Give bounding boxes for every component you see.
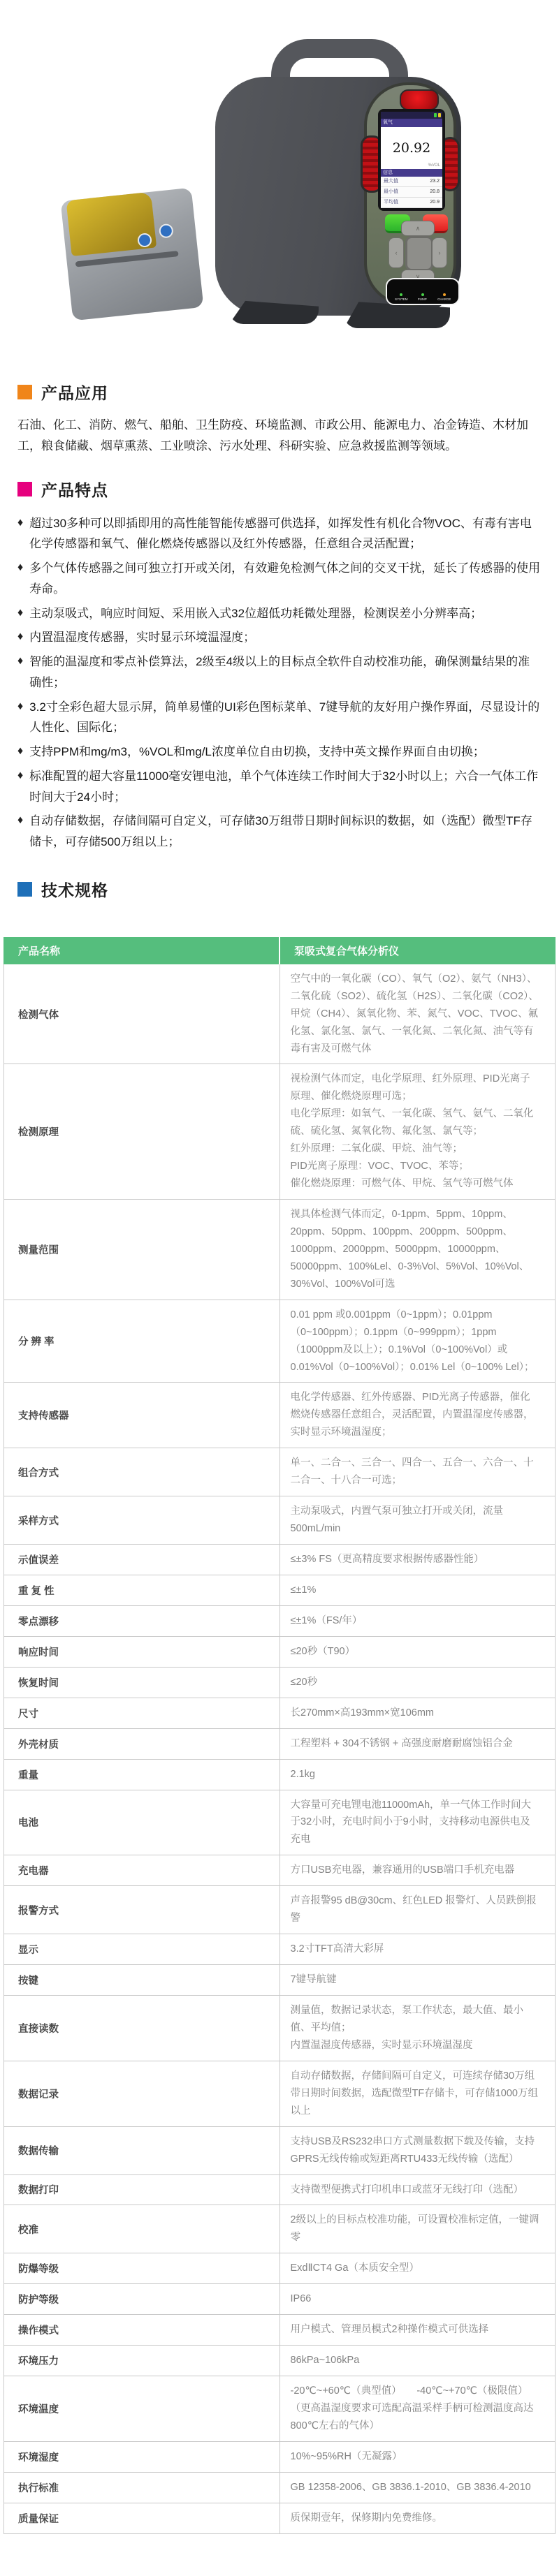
magenta-square-icon: [17, 482, 32, 496]
spec-row: 零点漂移≤±1%（FS/年）: [4, 1605, 556, 1636]
reading-area: 20.92 %VOL: [381, 127, 442, 169]
spec-value: 支持微型便携式打印机串口或蓝牙无线打印（选配）: [279, 2174, 556, 2205]
spec-row: 操作模式用户模式、管理员模式2种操作模式可供选择: [4, 2315, 556, 2346]
led-dot-icon: [443, 293, 446, 296]
spec-label: 操作模式: [4, 2315, 280, 2346]
alarm-light-icon: [400, 89, 439, 110]
stat-value: 23.2: [430, 177, 440, 186]
led-dot-icon: [421, 293, 424, 296]
spec-value: 支持USB及RS232串口方式测量数据下载及传输，支持GPRS无线传输或短距离R…: [279, 2126, 556, 2174]
features-title: 产品特点: [41, 478, 108, 501]
spec-value: 3.2寸TFT高清大彩屏: [279, 1934, 556, 1965]
indicator-label: PUMP: [418, 297, 427, 301]
spec-label: 防护等级: [4, 2284, 280, 2315]
section-applications-header: 产品应用: [17, 381, 559, 404]
indicator: SYSTEM: [394, 293, 409, 302]
spec-label: 检测气体: [4, 964, 280, 1064]
spec-value: 质保期壹年，保修期内免费维修。: [279, 2503, 556, 2533]
indicator-label: CHARGE: [437, 297, 451, 301]
blue-square-icon: [17, 882, 32, 897]
spec-row: 外壳材质工程塑料 + 304不锈钢 + 高强度耐磨耐腐蚀铝合金: [4, 1728, 556, 1759]
spec-value: -20℃~+60℃（典型值） -40℃~+70℃（极限值） （更高温湿度要求可选…: [279, 2376, 556, 2442]
spec-value: 长270mm×高193mm×宽106mm: [279, 1698, 556, 1728]
feature-text: 智能的温湿度和零点补偿算法，2级至4级以上的目标点全软件自动校准功能，确保测量结…: [29, 652, 542, 693]
applications-title: 产品应用: [41, 381, 108, 404]
spec-value: 视具体检测气体而定，0-1ppm、5ppm、10ppm、20ppm、50ppm、…: [279, 1200, 556, 1300]
spec-value: 2.1kg: [279, 1759, 556, 1790]
spec-value: 用户模式、管理员模式2种操作模式可供选择: [279, 2315, 556, 2346]
spec-label: 恢复时间: [4, 1667, 280, 1698]
spec-row: 按键7键导航键: [4, 1965, 556, 1996]
spec-label: 响应时间: [4, 1636, 280, 1667]
diamond-bullet-icon: ♦: [17, 652, 23, 693]
spec-label: 环境温度: [4, 2376, 280, 2442]
spec-label: 显示: [4, 1934, 280, 1965]
dpad-enter-key: [405, 236, 433, 271]
spec-row: 显示3.2寸TFT高清大彩屏: [4, 1934, 556, 1965]
stat-value: 20.8: [430, 187, 440, 197]
diamond-bullet-icon: ♦: [17, 627, 23, 648]
spec-value: ≤±1%: [279, 1575, 556, 1605]
spec-row: 采样方式主动泵吸式，内置气泵可独立打开或关闭，流量500mL/min: [4, 1496, 556, 1545]
spec-label: 组合方式: [4, 1448, 280, 1496]
screen-stat-row: 平均值20.9: [381, 198, 442, 208]
spec-label: 环境压力: [4, 2346, 280, 2376]
diamond-bullet-icon: ♦: [17, 766, 23, 808]
signal-icon: [434, 113, 437, 117]
screen-status-bar: [381, 112, 442, 119]
spec-row: 重 复 性≤±1%: [4, 1575, 556, 1605]
feature-item: ♦自动存储数据，存储间隔可自定义，可存储30万组带日期时间标识的数据，如（选配）…: [17, 811, 542, 853]
feature-text: 支持PPM和mg/m3，%VOL和mg/L浓度单位自由切换，支持中英文操作界面自…: [29, 742, 485, 763]
spec-table: 产品名称 泵吸式复合气体分析仪 检测气体空气中的一氧化碳（CO）、氧气（O2）、…: [3, 937, 556, 2534]
spec-row: 执行标准GB 12358-2006、GB 3836.1-2010、GB 3836…: [4, 2472, 556, 2503]
spec-header-row: 产品名称 泵吸式复合气体分析仪: [4, 937, 556, 964]
spec-row: 示值误差≤±3% FS（更高精度要求根据传感器性能）: [4, 1545, 556, 1575]
spec-label: 直接读数: [4, 1996, 280, 2061]
spec-label: 支持传感器: [4, 1383, 280, 1448]
spec-label: 重量: [4, 1759, 280, 1790]
spec-label: 按键: [4, 1965, 280, 1996]
stat-label: 最小值: [384, 187, 398, 197]
feature-item: ♦支持PPM和mg/m3，%VOL和mg/L浓度单位自由切换，支持中英文操作界面…: [17, 742, 542, 763]
spec-value: 单一、二合一、三合一、四合一、五合一、六合一、十二合一、十八合一可选；: [279, 1448, 556, 1496]
spec-row: 直接读数测量值，数据记录状态，泵工作状态，最大值、最小值、平均值； 内置温湿度传…: [4, 1996, 556, 2061]
feature-item: ♦智能的温湿度和零点补偿算法，2级至4级以上的目标点全软件自动校准功能，确保测量…: [17, 652, 542, 693]
spec-header-label: 产品名称: [4, 937, 280, 964]
feature-text: 主动泵吸式，响应时间短、采用嵌入式32位超低功耗微处理器，检测误差小分辨率高；: [29, 603, 482, 624]
spec-value: 自动存储数据，存储间隔可自定义，可连续存储30万组带日期时间数据，选配微型TF存…: [279, 2061, 556, 2126]
spec-row: 环境压力86kPa~106kPa: [4, 2346, 556, 2376]
spec-value: 10%~95%RH（无凝露）: [279, 2441, 556, 2472]
spec-row: 质量保证质保期壹年，保修期内免费维修。: [4, 2503, 556, 2533]
spec-row: 环境湿度10%~95%RH（无凝露）: [4, 2441, 556, 2472]
spec-label: 环境湿度: [4, 2441, 280, 2472]
diamond-bullet-icon: ♦: [17, 513, 23, 555]
feature-item: ♦内置温湿度传感器，实时显示环境温湿度；: [17, 627, 542, 648]
spec-value: 方口USB充电器，兼容通用的USB端口手机充电器: [279, 1855, 556, 1886]
feature-text: 内置温湿度传感器，实时显示环境温湿度；: [29, 627, 255, 648]
orange-square-icon: [17, 385, 32, 399]
gas-name-bar: 氧气: [381, 119, 442, 127]
spec-value: 0.01 ppm 或0.001ppm（0~1ppm）；0.01ppm（0~100…: [279, 1300, 556, 1383]
spec-row: 尺寸长270mm×高193mm×宽106mm: [4, 1698, 556, 1728]
diamond-bullet-icon: ♦: [17, 811, 23, 853]
feature-text: 3.2寸全彩色超大显示屏，简单易懂的UI彩色图标菜单、7键导航的友好用户操作界面…: [29, 697, 542, 739]
spec-label: 执行标准: [4, 2472, 280, 2503]
spec-row: 重量2.1kg: [4, 1759, 556, 1790]
diamond-bullet-icon: ♦: [17, 603, 23, 624]
battery-icon: [438, 113, 441, 117]
spec-label: 尺寸: [4, 1698, 280, 1728]
spec-row: 校准2级以上的目标点校准功能，可设置校准标定值，一键调零: [4, 2205, 556, 2253]
spec-label: 检测原理: [4, 1064, 280, 1200]
dpad-up-key: ∧: [401, 221, 435, 236]
spec-label: 示值误差: [4, 1545, 280, 1575]
indicator: CHARGE: [437, 293, 451, 302]
spec-label: 报警方式: [4, 1886, 280, 1934]
spec-row: 数据打印支持微型便携式打印机串口或蓝牙无线打印（选配）: [4, 2174, 556, 2205]
stat-label: 最大值: [384, 177, 398, 186]
spec-label: 质量保证: [4, 2503, 280, 2533]
spec-value: IP66: [279, 2284, 556, 2315]
spec-row: 电池大容量可充电锂电池11000mAh，单一气体工作时间大于32小时，充电时间小…: [4, 1790, 556, 1855]
spec-value: GB 12358-2006、GB 3836.1-2010、GB 3836.4-2…: [279, 2472, 556, 2503]
spec-row: 支持传感器电化学传感器、红外传感器、PID光离子传感器，催化燃烧传感器任意组合，…: [4, 1383, 556, 1448]
spec-value: 7键导航键: [279, 1965, 556, 1996]
section-features-header: 产品特点: [17, 478, 559, 501]
stat-value: 20.9: [430, 198, 440, 207]
device-screen: 氧气 20.92 %VOL 信息 最大值23.2最小值20.8平均值20.9: [378, 109, 445, 211]
led-dot-icon: [400, 293, 402, 296]
diamond-bullet-icon: ♦: [17, 742, 23, 763]
feature-list: ♦超过30多种可以即插即用的高性能智能传感器可供选择，如挥发性有机化合物VOC、…: [17, 513, 542, 853]
spec-label: 数据打印: [4, 2174, 280, 2205]
spec-label: 校准: [4, 2205, 280, 2253]
spec-label: 充电器: [4, 1855, 280, 1886]
spec-value: 2级以上的目标点校准功能，可设置校准标定值，一键调零: [279, 2205, 556, 2253]
spec-value: ≤±3% FS（更高精度要求根据传感器性能）: [279, 1545, 556, 1575]
info-bar: 信息: [381, 169, 442, 177]
indicator-panel: SYSTEMPUMPCHARGE: [386, 278, 460, 305]
spec-label: 电池: [4, 1790, 280, 1855]
feature-text: 多个气体传感器之间可独立打开或关闭，有效避免检测气体之间的交叉干扰，延长了传感器…: [29, 558, 542, 600]
spec-label: 防爆等级: [4, 2253, 280, 2284]
spec-row: 恢复时间≤20秒: [4, 1667, 556, 1698]
screen-stats: 最大值23.2最小值20.8平均值20.9: [381, 177, 442, 208]
spec-label: 重 复 性: [4, 1575, 280, 1605]
reading-unit: %VOL: [428, 163, 440, 168]
section-specs-header: 技术规格: [17, 878, 559, 901]
feature-item: ♦3.2寸全彩色超大显示屏，简单易懂的UI彩色图标菜单、7键导航的友好用户操作界…: [17, 697, 542, 739]
gas-reading: 20.92: [393, 140, 430, 156]
feature-item: ♦主动泵吸式，响应时间短、采用嵌入式32位超低功耗微处理器，检测误差小分辨率高；: [17, 603, 542, 624]
spec-value: 测量值，数据记录状态，泵工作状态，最大值、最小值、平均值； 内置温湿度传感器，实…: [279, 1996, 556, 2061]
screen-stat-row: 最大值23.2: [381, 177, 442, 187]
spec-label: 外壳材质: [4, 1728, 280, 1759]
spec-label: 数据传输: [4, 2126, 280, 2174]
spec-row: 数据传输支持USB及RS232串口方式测量数据下载及传输，支持GPRS无线传输或…: [4, 2126, 556, 2174]
dpad-left-key: ‹: [389, 237, 404, 268]
spec-row: 防爆等级ExdⅡCT4 Ga（本质安全型）: [4, 2253, 556, 2284]
product-photo: 氧气 20.92 %VOL 信息 最大值23.2最小值20.8平均值20.9 ∧…: [0, 0, 559, 360]
feature-text: 自动存储数据，存储间隔可自定义，可存储30万组带日期时间标识的数据，如（选配）微…: [29, 811, 542, 853]
feature-item: ♦标准配置的超大容量11000毫安锂电池，单个气体连续工作时间大于32小时以上；…: [17, 766, 542, 808]
spec-value: ≤20秒: [279, 1667, 556, 1698]
applications-body: 石油、化工、消防、燃气、船舶、卫生防疫、环境监测、市政公用、能源电力、冶金铸造、…: [17, 415, 542, 457]
stat-label: 平均值: [384, 198, 398, 207]
product-page: 氧气 20.92 %VOL 信息 最大值23.2最小值20.8平均值20.9 ∧…: [0, 0, 559, 2534]
diamond-bullet-icon: ♦: [17, 697, 23, 739]
screen-stat-row: 最小值20.8: [381, 187, 442, 198]
spec-label: 数据记录: [4, 2061, 280, 2126]
spec-row: 报警方式声音报警95 dB@30cm、红色LED 报警灯、人员跌倒报警: [4, 1886, 556, 1934]
diamond-bullet-icon: ♦: [17, 558, 23, 600]
spec-value: 声音报警95 dB@30cm、红色LED 报警灯、人员跌倒报警: [279, 1886, 556, 1934]
spec-value: 空气中的一氧化碳（CO）、氧气（O2）、氨气（NH3）、二氧化硫（SO2）、硫化…: [279, 964, 556, 1064]
spec-row: 响应时间≤20秒（T90）: [4, 1636, 556, 1667]
spec-header-value: 泵吸式复合气体分析仪: [279, 937, 556, 964]
spec-value: 大容量可充电锂电池11000mAh，单一气体工作时间大于32小时，充电时间小于9…: [279, 1790, 556, 1855]
spec-label: 分 辨 率: [4, 1300, 280, 1383]
spec-label: 采样方式: [4, 1496, 280, 1545]
spec-value: 工程塑料 + 304不锈钢 + 高强度耐磨耐腐蚀铝合金: [279, 1728, 556, 1759]
spec-value: 主动泵吸式，内置气泵可独立打开或关闭，流量500mL/min: [279, 1496, 556, 1545]
indicator: PUMP: [417, 293, 427, 302]
spec-row: 充电器方口USB充电器，兼容通用的USB端口手机充电器: [4, 1855, 556, 1886]
spec-label: 零点漂移: [4, 1605, 280, 1636]
spec-row: 防护等级IP66: [4, 2284, 556, 2315]
feature-text: 超过30多种可以即插即用的高性能智能传感器可供选择，如挥发性有机化合物VOC、有…: [29, 513, 542, 555]
spec-table-body: 产品名称 泵吸式复合气体分析仪 检测气体空气中的一氧化碳（CO）、氧气（O2）、…: [4, 937, 556, 2533]
spec-value: ≤±1%（FS/年）: [279, 1605, 556, 1636]
spec-row: 环境温度-20℃~+60℃（典型值） -40℃~+70℃（极限值） （更高温湿度…: [4, 2376, 556, 2442]
spec-row: 检测气体空气中的一氧化碳（CO）、氧气（O2）、氨气（NH3）、二氧化硫（SO2…: [4, 964, 556, 1064]
spec-row: 分 辨 率0.01 ppm 或0.001ppm（0~1ppm）；0.01ppm（…: [4, 1300, 556, 1383]
portable-printer: [61, 188, 204, 321]
spec-row: 组合方式单一、二合一、三合一、四合一、五合一、六合一、十二合一、十八合一可选；: [4, 1448, 556, 1496]
feature-item: ♦超过30多种可以即插即用的高性能智能传感器可供选择，如挥发性有机化合物VOC、…: [17, 513, 542, 555]
feature-text: 标准配置的超大容量11000毫安锂电池，单个气体连续工作时间大于32小时以上；六…: [29, 766, 542, 808]
spec-label: 测量范围: [4, 1200, 280, 1300]
specs-title: 技术规格: [41, 878, 108, 901]
spec-value: 电化学传感器、红外传感器、PID光离子传感器，催化燃烧传感器任意组合，灵活配置，…: [279, 1383, 556, 1448]
feature-item: ♦多个气体传感器之间可独立打开或关闭，有效避免检测气体之间的交叉干扰，延长了传感…: [17, 558, 542, 600]
dpad-right-key: ›: [432, 237, 447, 268]
spec-value: 86kPa~106kPa: [279, 2346, 556, 2376]
spec-row: 数据记录自动存储数据，存储间隔可自定义，可连续存储30万组带日期时间数据，选配微…: [4, 2061, 556, 2126]
spec-row: 检测原理视检测气体而定，电化学原理、红外原理、PID光离子原理、催化燃烧原理可选…: [4, 1064, 556, 1200]
spec-value: ≤20秒（T90）: [279, 1636, 556, 1667]
indicator-label: SYSTEM: [395, 297, 408, 301]
spec-value: 视检测气体而定，电化学原理、红外原理、PID光离子原理、催化燃烧原理可选； 电化…: [279, 1064, 556, 1200]
spec-row: 测量范围视具体检测气体而定，0-1ppm、5ppm、10ppm、20ppm、50…: [4, 1200, 556, 1300]
spec-value: ExdⅡCT4 Ga（本质安全型）: [279, 2253, 556, 2284]
